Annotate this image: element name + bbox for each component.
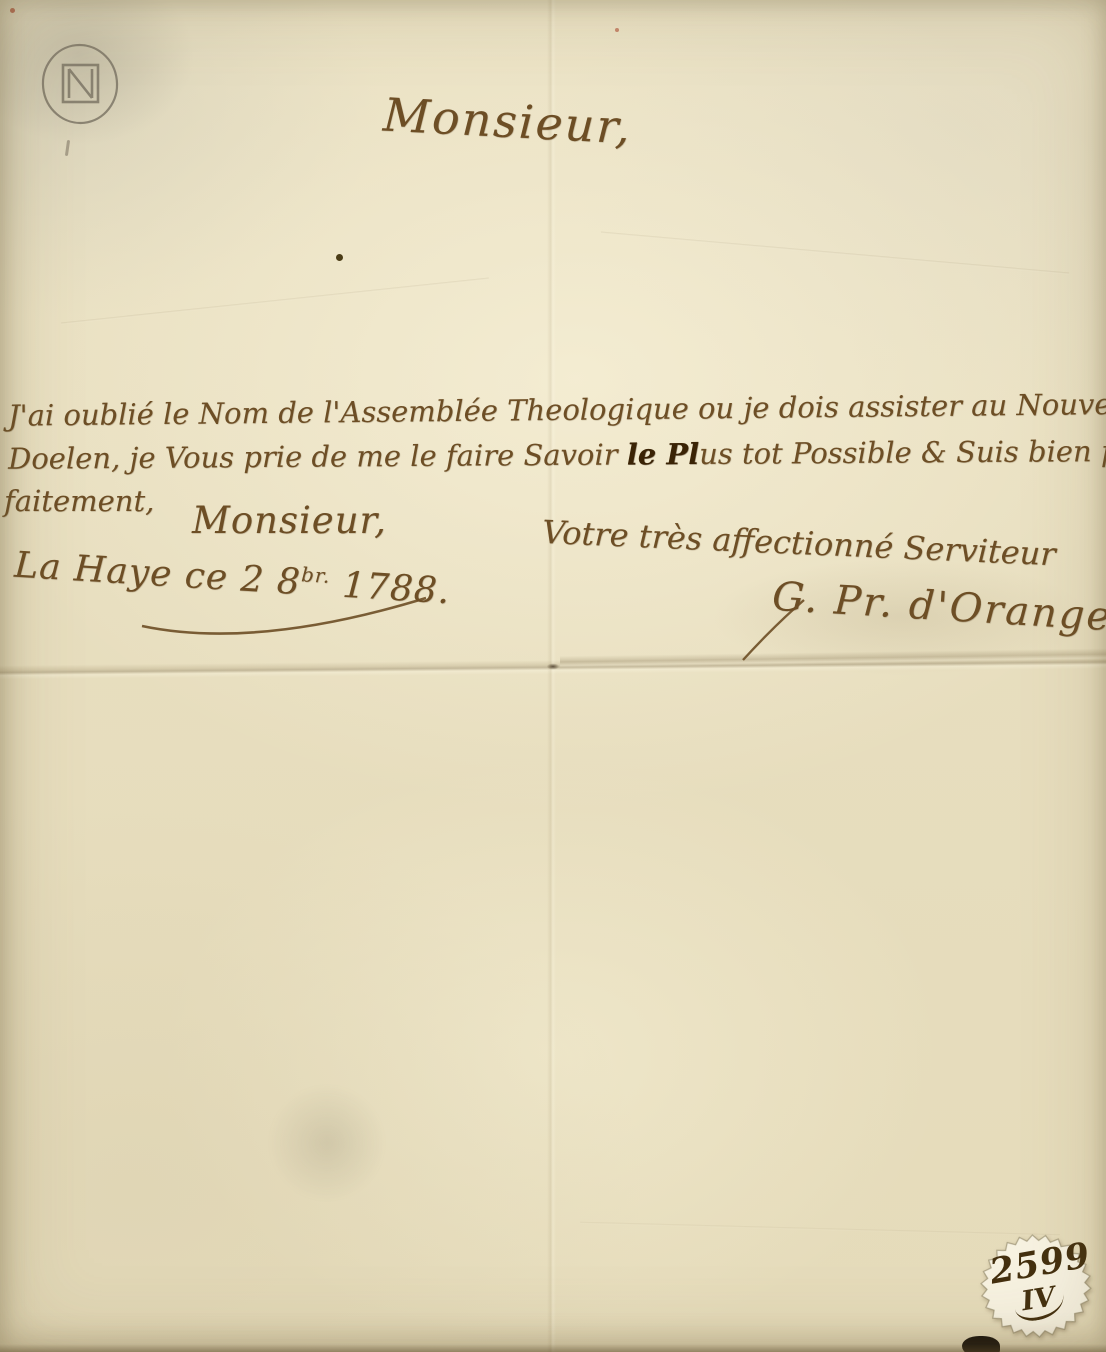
fold-crease-diagonal-left [61, 278, 489, 325]
red-speck-top-left [10, 8, 15, 13]
fold-center-hole [546, 663, 560, 670]
letter-page: Monsieur, J'ai oublié le Nom de l'Assemb… [0, 0, 1106, 1352]
fold-crease-diagonal-right [601, 232, 1069, 275]
pencil-tick-mark [65, 140, 70, 156]
stain-smudge [262, 1078, 392, 1208]
ink-speck [336, 254, 343, 261]
paper-bottom-edge [0, 1344, 1106, 1352]
dateline-year: 1788. [329, 564, 452, 612]
body-line-2-pre: Doelen, je Vous prie de me le faire Savo… [8, 437, 627, 475]
signature: G. Pr. d'Orange [771, 574, 1106, 641]
archive-seal: 2599 IV [971, 1226, 1101, 1348]
body-line-2: Doelen, je Vous prie de me le faire Savo… [8, 434, 1094, 476]
body-line-2-emphasis: le Pl [627, 437, 700, 472]
salutation-inline: Monsieur, [192, 499, 387, 542]
fold-crease-vertical [547, 0, 556, 1352]
body-line-2-post: us tot Possible & Suis bien par [699, 434, 1106, 471]
dateline: La Haye ce 2 8br. 1788. [13, 545, 451, 613]
body-line-3: faitement, [4, 484, 154, 518]
dateline-superscript: br. [301, 563, 332, 588]
closing-line: Votre très affectionné Serviteur [541, 513, 1054, 573]
red-speck-top-center [615, 28, 619, 32]
inventory-stamp-icon [33, 38, 127, 132]
dateline-place-day: La Haye ce 2 8 [13, 545, 302, 603]
body-line-1: J'ai oublié le Nom de l'Assemblée Theolo… [8, 387, 1094, 432]
salutation-heading: Monsieur, [382, 88, 634, 155]
